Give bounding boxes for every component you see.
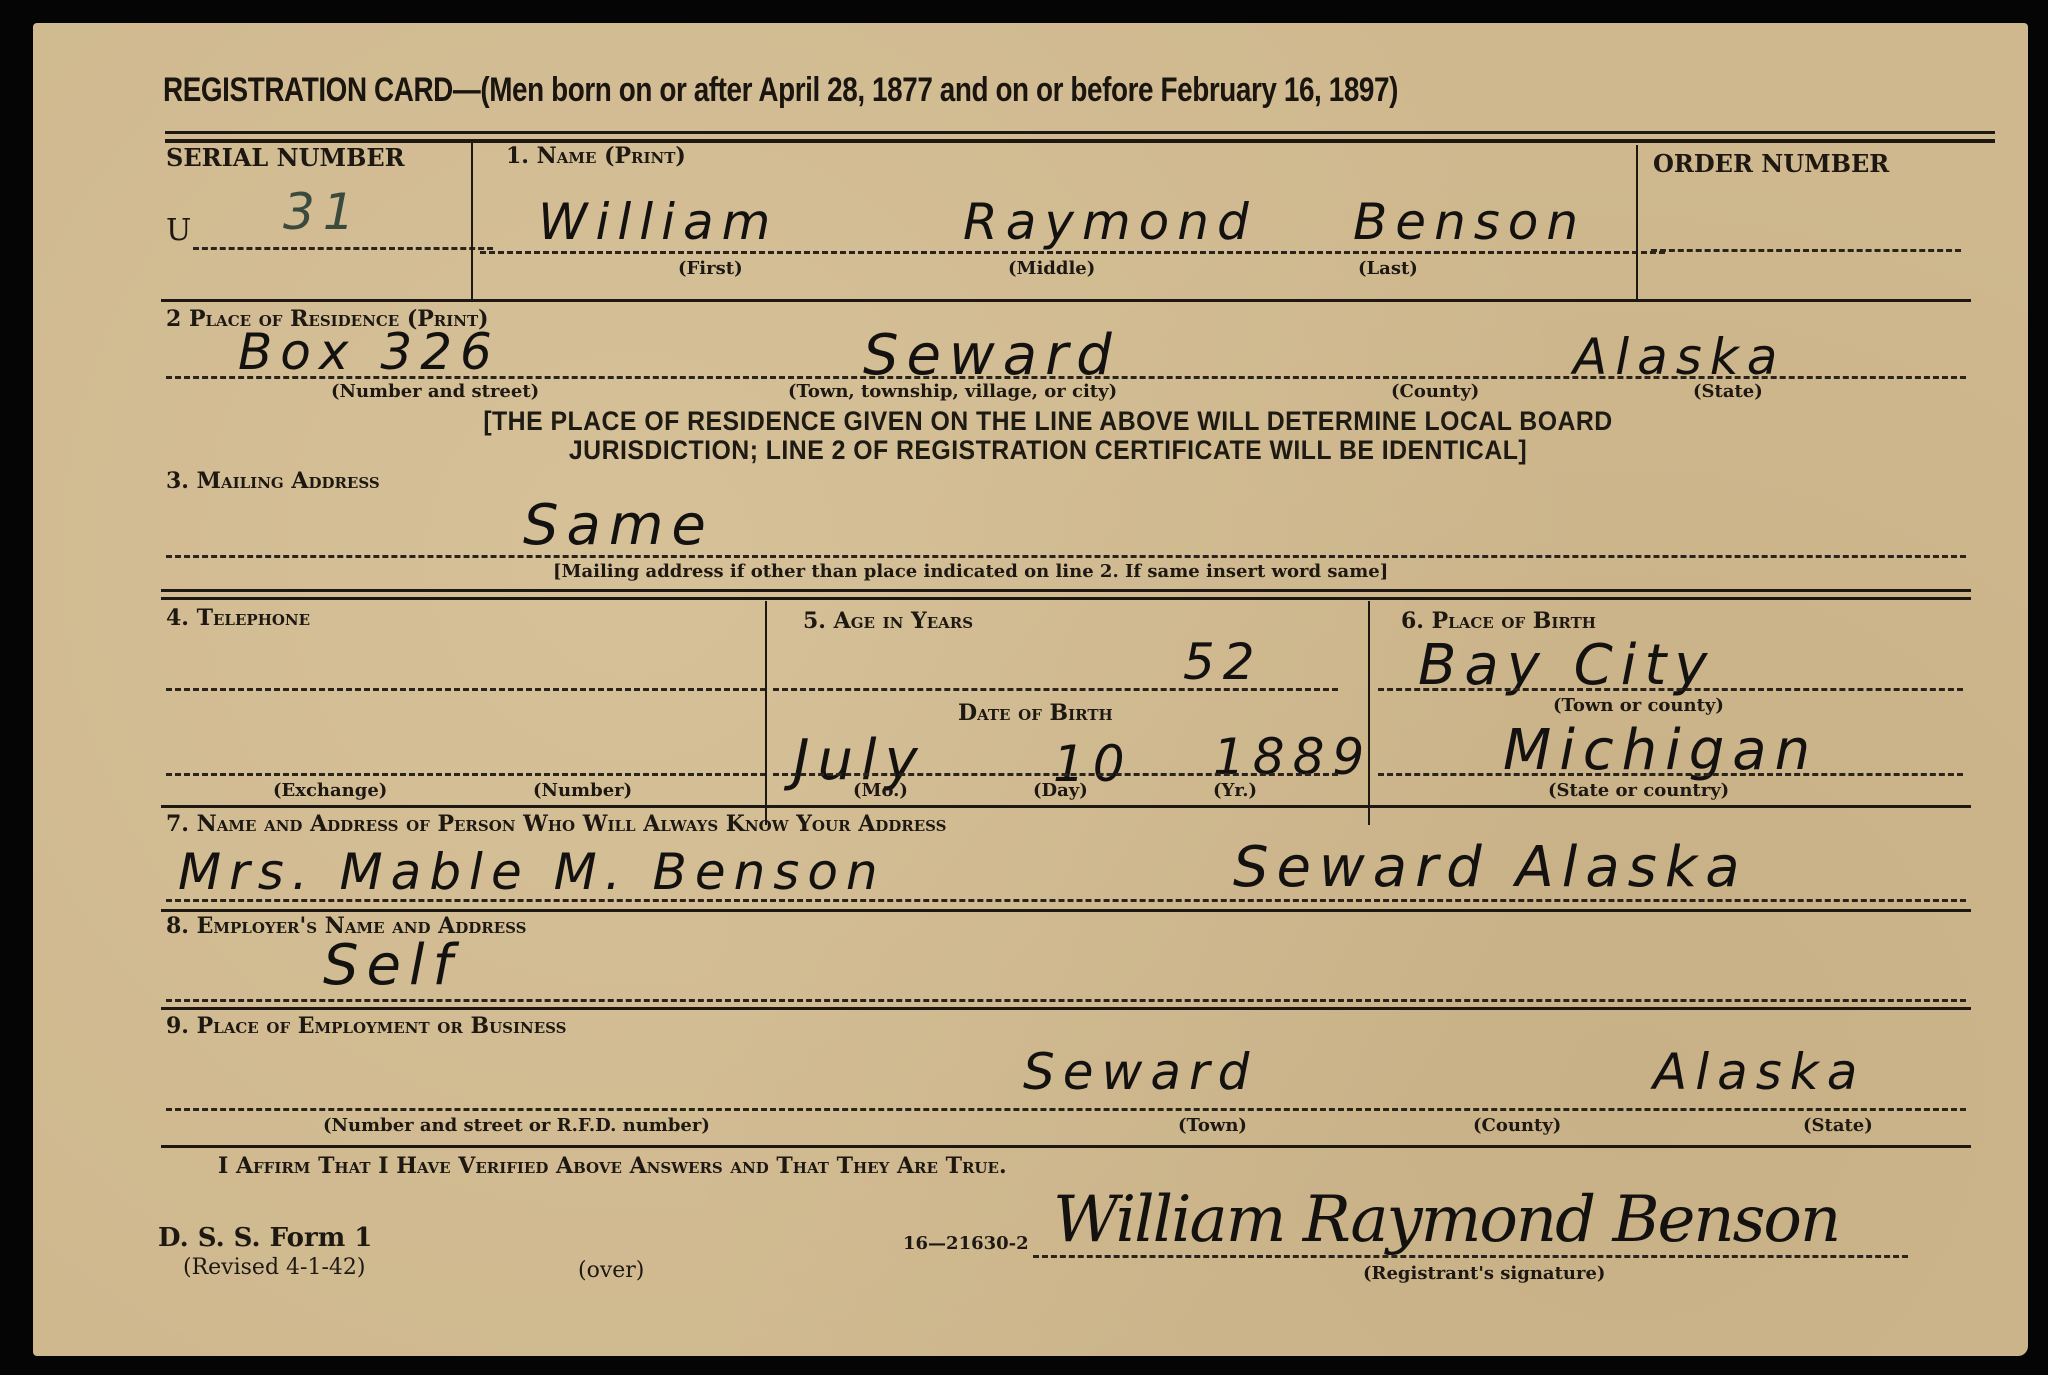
name-first-caption: (First) <box>678 258 743 279</box>
birthplace-town-line <box>1378 688 1963 691</box>
signature-line <box>1033 1255 1908 1258</box>
contact-label: 7. Name and Address of Person Who Will A… <box>166 811 947 837</box>
employer-line <box>166 999 1966 1002</box>
print-code: 16—21630-2 <box>903 1233 1029 1254</box>
serial-prefix: U <box>166 213 191 248</box>
row3-rule-bottom <box>161 597 1971 600</box>
dob-year-value: 1889 <box>1213 728 1372 786</box>
residence-line <box>166 376 1966 379</box>
card-title: REGISTRATION CARD—(Men born on or after … <box>163 71 1398 110</box>
employer-value: Self <box>323 933 460 998</box>
employment-state-caption: (State) <box>1803 1115 1873 1136</box>
row3-rule-top <box>161 589 1971 592</box>
order-divider <box>1636 145 1638 300</box>
order-number-line <box>1651 249 1961 252</box>
row4-bottom-rule <box>161 805 1971 808</box>
birthplace-label: 6. Place of Birth <box>1401 608 1596 634</box>
employment-street-caption: (Number and street or R.F.D. number) <box>323 1115 710 1136</box>
name-last-caption: (Last) <box>1358 258 1418 279</box>
residence-street-value: Box 326 <box>238 323 500 381</box>
employment-town-value: Seward <box>1023 1043 1257 1101</box>
name-last-value: Benson <box>1353 193 1586 251</box>
contact-name-value: Mrs. Mable M. Benson <box>178 843 886 901</box>
mailing-address-label: 3. Mailing Address <box>166 468 380 494</box>
order-number-label: ORDER NUMBER <box>1653 149 1889 178</box>
contact-line <box>166 899 1966 902</box>
mailing-address-note: [Mailing address if other than place ind… <box>553 561 1388 582</box>
serial-number-label: SERIAL NUMBER <box>166 143 405 172</box>
birthplace-town-caption: (Town or county) <box>1553 695 1724 716</box>
row1-bottom-rule <box>161 299 1971 302</box>
dob-line <box>773 773 1338 776</box>
serial-number-value: 31 <box>283 183 363 241</box>
dob-month-caption: (Mo.) <box>853 780 908 801</box>
mailing-address-value: Same <box>523 493 714 558</box>
title-rule-bottom <box>165 139 1995 143</box>
residence-notice-line1: [THE PLACE OF RESIDENCE GIVEN ON THE LIN… <box>326 406 1770 437</box>
residence-state-caption: (State) <box>1693 381 1763 402</box>
row8-bottom-rule <box>161 1007 1971 1010</box>
serial-divider <box>471 143 473 299</box>
employment-town-caption: (Town) <box>1178 1115 1247 1136</box>
residence-county-caption: (County) <box>1391 381 1479 402</box>
affirmation-text: I Affirm That I Have Verified Above Answ… <box>218 1153 1007 1179</box>
serial-line <box>193 247 493 250</box>
telephone-label: 4. Telephone <box>166 605 310 631</box>
birthplace-state-line <box>1378 773 1963 776</box>
employment-state-value: Alaska <box>1653 1043 1865 1101</box>
age-value: 52 <box>1183 633 1263 691</box>
name-middle-value: Raymond <box>963 193 1257 251</box>
residence-street-caption: (Number and street) <box>331 381 539 402</box>
row9-bottom-rule <box>161 1145 1971 1148</box>
name-first-value: William <box>538 193 778 251</box>
telephone-divider <box>765 601 767 825</box>
name-middle-caption: (Middle) <box>1008 258 1095 279</box>
dob-day-caption: (Day) <box>1033 780 1088 801</box>
residence-town-caption: (Town, township, village, or city) <box>788 381 1117 402</box>
age-label: 5. Age in Years <box>803 608 973 634</box>
telephone-number-caption: (Number) <box>533 780 632 801</box>
dob-year-caption: (Yr.) <box>1213 780 1257 801</box>
title-rule-top <box>165 131 1995 134</box>
registrant-signature: William Raymond Benson <box>1053 1183 1839 1257</box>
telephone-line-1 <box>166 688 766 691</box>
age-line <box>773 688 1338 691</box>
dob-label: Date of Birth <box>958 700 1113 726</box>
form-revised: (Revised 4-1-42) <box>183 1255 365 1280</box>
telephone-exchange-caption: (Exchange) <box>273 780 387 801</box>
name-line <box>480 251 1665 254</box>
employment-county-caption: (County) <box>1473 1115 1561 1136</box>
age-divider <box>1368 601 1370 825</box>
form-id: D. S. S. Form 1 <box>158 1223 372 1253</box>
employment-line <box>166 1108 1966 1111</box>
over-note: (over) <box>578 1258 644 1283</box>
signature-caption: (Registrant's signature) <box>1363 1263 1605 1284</box>
telephone-line-2 <box>166 773 766 776</box>
registration-card: REGISTRATION CARD—(Men born on or after … <box>33 23 2028 1356</box>
mailing-address-line <box>166 555 1966 558</box>
name-label: 1. Name (Print) <box>506 143 686 169</box>
residence-notice-line2: JURISDICTION; LINE 2 OF REGISTRATION CER… <box>326 435 1770 466</box>
contact-address-value: Seward Alaska <box>1233 835 1748 900</box>
employment-label: 9. Place of Employment or Business <box>166 1013 567 1039</box>
row7-bottom-rule <box>161 909 1971 912</box>
birthplace-state-caption: (State or country) <box>1548 780 1729 801</box>
